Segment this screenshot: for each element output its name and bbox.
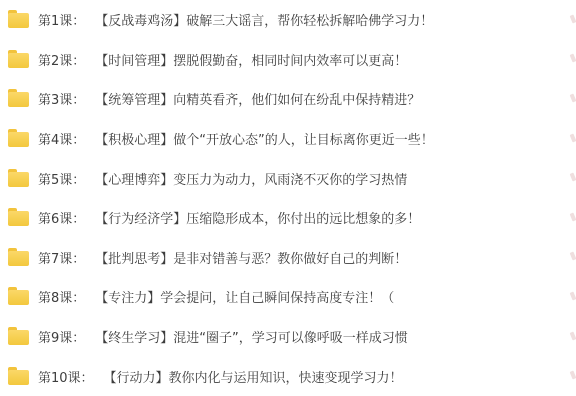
folder-row[interactable]: 第4课： 【积极心理】做个“开放心态”的人，让目标离你更近一些！: [0, 119, 576, 159]
folder-icon: [8, 330, 29, 345]
folder-icon-body: [8, 330, 29, 345]
folder-icon: [8, 53, 29, 68]
folder-icon-body: [8, 13, 29, 28]
right-edge-cutoff-artifact: [570, 133, 576, 142]
folder-icon: [8, 251, 29, 266]
right-edge-cutoff-artifact: [570, 212, 576, 221]
right-edge-cutoff-artifact: [570, 371, 576, 380]
folder-row[interactable]: 第10课： 【行动力】教你内化与运用知识，快速变现学习力！: [0, 356, 576, 396]
folder-icon: [8, 290, 29, 305]
folder-icon-body: [8, 92, 29, 107]
lesson-title-label: 【反战毒鸡汤】破解三大谣言，帮你轻松拆解哈佛学习力！: [95, 10, 433, 29]
folder-row[interactable]: 第1课： 【反战毒鸡汤】破解三大谣言，帮你轻松拆解哈佛学习力！: [0, 0, 576, 40]
lesson-number-label: 第10课：: [38, 367, 94, 386]
lesson-title-label: 【专注力】学会提问，让自己瞬间保持高度专注！（: [95, 287, 394, 306]
right-edge-cutoff-artifact: [570, 54, 576, 63]
lesson-title-label: 【心理博弈】变压力为动力，风雨浇不灭你的学习热情: [95, 169, 407, 188]
lesson-number-label: 第2课：: [38, 50, 85, 69]
folder-icon: [8, 172, 29, 187]
lesson-number-label: 第8课：: [38, 287, 85, 306]
right-edge-cutoff-artifact: [570, 94, 576, 103]
lesson-number-label: 第6课：: [38, 208, 85, 227]
course-folder-list: 第1课： 【反战毒鸡汤】破解三大谣言，帮你轻松拆解哈佛学习力！ 第2课： 【时间…: [0, 0, 576, 396]
lesson-title-label: 【行动力】教你内化与运用知识，快速变现学习力！: [104, 367, 403, 386]
lesson-number-label: 第5课：: [38, 169, 85, 188]
lesson-number-label: 第4课：: [38, 129, 85, 148]
folder-row[interactable]: 第9课： 【终生学习】混进“圈子”，学习可以像呼吸一样成习惯: [0, 317, 576, 357]
lesson-title-label: 【行为经济学】压缩隐形成本，你付出的远比想象的多！: [95, 208, 420, 227]
right-edge-cutoff-artifact: [570, 173, 576, 182]
lesson-title-label: 【积极心理】做个“开放心态”的人，让目标离你更近一些！: [95, 129, 433, 148]
folder-icon: [8, 370, 29, 385]
folder-row[interactable]: 第8课： 【专注力】学会提问，让自己瞬间保持高度专注！（: [0, 277, 576, 317]
right-edge-cutoff-artifact: [570, 291, 576, 300]
lesson-number-label: 第9课：: [38, 327, 85, 346]
folder-icon-body: [8, 290, 29, 305]
folder-icon: [8, 132, 29, 147]
folder-icon: [8, 211, 29, 226]
folder-icon-body: [8, 53, 29, 68]
folder-icon-body: [8, 211, 29, 226]
lesson-title-label: 【时间管理】摆脱假勤奋，相同时间内效率可以更高！: [95, 50, 407, 69]
folder-icon-body: [8, 370, 29, 385]
lesson-number-label: 第3课：: [38, 89, 85, 108]
folder-row[interactable]: 第2课： 【时间管理】摆脱假勤奋，相同时间内效率可以更高！: [0, 40, 576, 80]
folder-row[interactable]: 第6课： 【行为经济学】压缩隐形成本，你付出的远比想象的多！: [0, 198, 576, 238]
right-edge-cutoff-artifact: [570, 252, 576, 261]
right-edge-cutoff-artifact: [570, 14, 576, 23]
folder-row[interactable]: 第7课： 【批判思考】是非对错善与恶？教你做好自己的判断！: [0, 238, 576, 278]
folder-row[interactable]: 第5课： 【心理博弈】变压力为动力，风雨浇不灭你的学习热情: [0, 158, 576, 198]
folder-icon-body: [8, 172, 29, 187]
folder-icon-body: [8, 251, 29, 266]
lesson-number-label: 第7课：: [38, 248, 85, 267]
folder-icon: [8, 92, 29, 107]
lesson-number-label: 第1课：: [38, 10, 85, 29]
lesson-title-label: 【终生学习】混进“圈子”，学习可以像呼吸一样成习惯: [95, 327, 407, 346]
folder-icon: [8, 13, 29, 28]
folder-icon-body: [8, 132, 29, 147]
right-edge-cutoff-artifact: [570, 331, 576, 340]
folder-row[interactable]: 第3课： 【统筹管理】向精英看齐，他们如何在纷乱中保持精进？: [0, 79, 576, 119]
lesson-title-label: 【统筹管理】向精英看齐，他们如何在纷乱中保持精进？: [95, 89, 420, 108]
lesson-title-label: 【批判思考】是非对错善与恶？教你做好自己的判断！: [95, 248, 407, 267]
